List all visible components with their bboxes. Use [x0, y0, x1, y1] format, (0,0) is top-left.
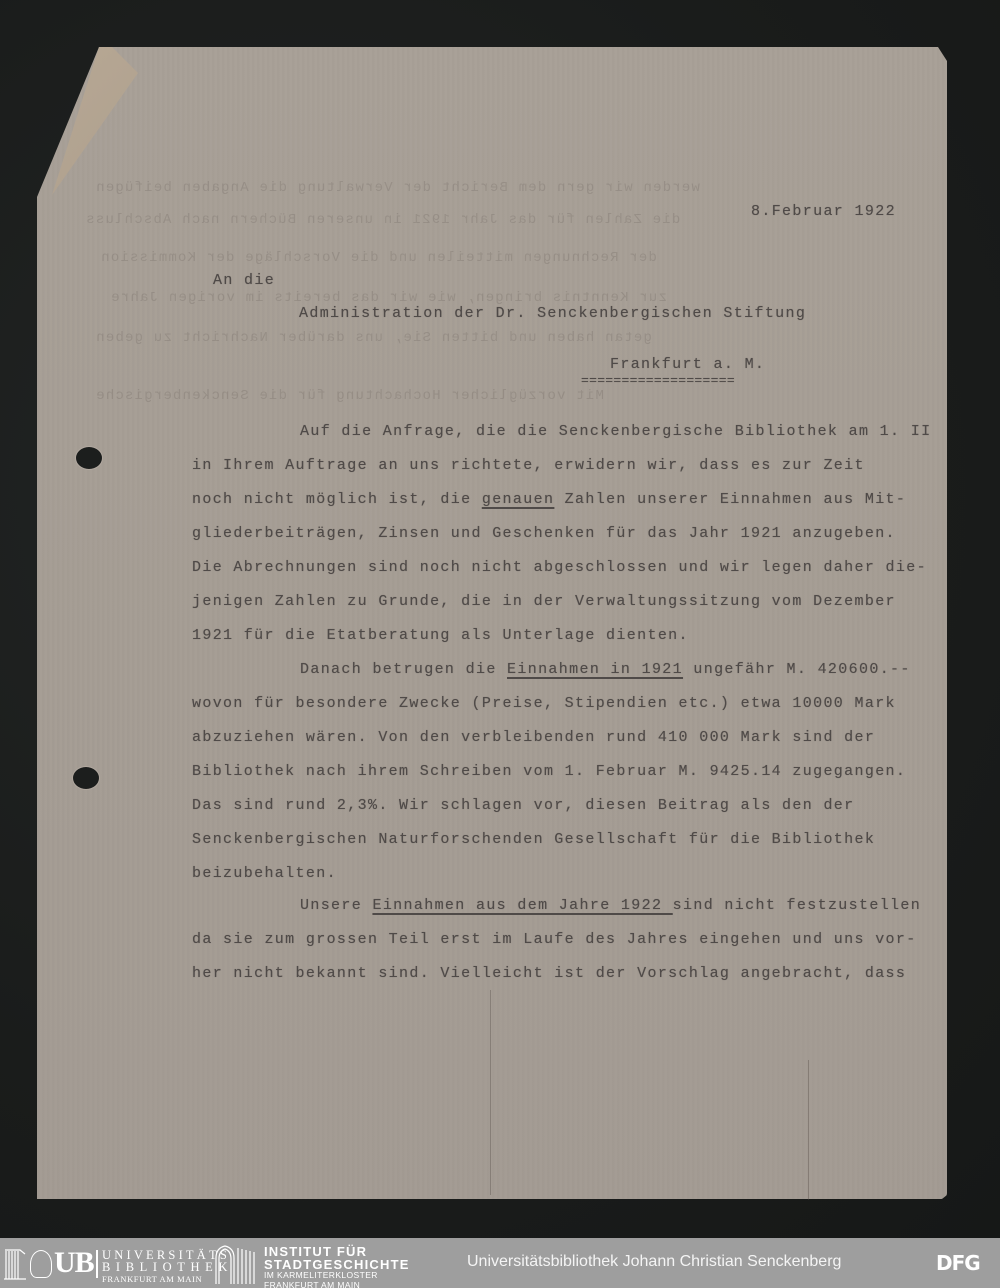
underlined-text: genauen — [482, 491, 554, 508]
body-line: Unsere Einnahmen aus dem Jahre 1922 sind… — [300, 897, 921, 914]
body-text: Unsere — [300, 897, 372, 914]
body-line: da sie zum grossen Teil erst im Laufe de… — [192, 931, 917, 948]
body-text: ungefähr M. 420600.-- — [683, 661, 911, 678]
body-line: abzuziehen wären. Von den verbleibenden … — [192, 729, 875, 746]
ub-divider — [96, 1250, 98, 1278]
body-line: in Ihrem Auftrage an uns richtete, erwid… — [192, 457, 865, 474]
underlined-text: Einnahmen aus dem Jahre 1922 — [372, 897, 672, 914]
footer-title[interactable]: Universitätsbibliothek Johann Christian … — [467, 1253, 841, 1271]
body-line: Senckenbergischen Naturforschenden Gesel… — [192, 831, 875, 848]
paper-crease — [808, 1060, 809, 1200]
body-text: noch nicht möglich ist, die — [192, 491, 482, 508]
punch-hole-bottom — [73, 767, 99, 789]
body-line: beizubehalten. — [192, 865, 337, 882]
body-line: Die Abrechnungen sind noch nicht abgesch… — [192, 559, 927, 576]
body-line: Auf die Anfrage, die die Senckenbergisch… — [300, 423, 931, 440]
gothic-arch-icon — [214, 1244, 258, 1284]
body-text: Danach betrugen die — [300, 661, 507, 678]
ub-letters: UB — [54, 1248, 94, 1278]
bleed-through-text: Mit vorzüglicher Hochachtung für die Sen… — [95, 388, 604, 404]
bleed-through-text: getan haben und bitten Sie, uns darüber … — [95, 330, 652, 346]
body-line: 1921 für die Etatberatung als Unterlage … — [192, 627, 689, 644]
recipient-underline: =================== — [581, 373, 735, 388]
recipient-name: Administration der Dr. Senckenbergischen… — [299, 305, 806, 322]
bleed-through-text: zur Kenntnis bringen, wie wir das bereit… — [110, 290, 667, 306]
recipient-city: Frankfurt a. M. — [610, 356, 765, 373]
bleed-through-text: werden wir gern dem Bericht der Verwaltu… — [95, 180, 700, 196]
letter-date: 8.Februar 1922 — [751, 203, 896, 220]
recipient-salutation: An die — [213, 272, 275, 289]
body-text: Zahlen unserer Einnahmen aus Mit- — [554, 491, 906, 508]
library-building-icon — [4, 1246, 26, 1280]
isg-line4: FRANKFURT AM MAIN — [264, 1281, 410, 1288]
body-line: wovon für besondere Zwecke (Preise, Stip… — [192, 695, 896, 712]
body-line: Das sind rund 2,3%. Wir schlagen vor, di… — [192, 797, 855, 814]
bleed-through-text: die Zahlen für das Jahr 1921 in unseren … — [85, 212, 680, 228]
footer-bar: UB UNIVERSITÄTS BIBLIOTHEK FRANKFURT AM … — [0, 1238, 1000, 1288]
senckenberg-portrait-icon — [30, 1250, 52, 1278]
body-line: Danach betrugen die Einnahmen in 1921 un… — [300, 661, 911, 678]
body-line: her nicht bekannt sind. Vielleicht ist d… — [192, 965, 906, 982]
body-line: noch nicht möglich ist, die genauen Zahl… — [192, 491, 906, 508]
body-line: gliederbeiträgen, Zinsen und Geschenken … — [192, 525, 896, 542]
dfg-logo[interactable]: DFG — [936, 1251, 980, 1275]
paper-crease — [490, 990, 491, 1195]
ub-logo-link[interactable]: UB UNIVERSITÄTS BIBLIOTHEK FRANKFURT AM … — [4, 1246, 200, 1282]
bleed-through-text: der Rechnungen mitteilen und die Vorschl… — [100, 250, 657, 266]
punch-hole-top — [76, 447, 102, 469]
isg-wordmark: INSTITUT FÜR STADTGESCHICHTE IM KARMELIT… — [264, 1245, 410, 1288]
isg-logo-link[interactable]: INSTITUT FÜR STADTGESCHICHTE IM KARMELIT… — [214, 1244, 414, 1284]
body-line: jenigen Zahlen zu Grunde, die in der Ver… — [192, 593, 896, 610]
body-line: Bibliothek nach ihrem Schreiben vom 1. F… — [192, 763, 906, 780]
underlined-text: Einnahmen in 1921 — [507, 661, 683, 678]
body-text: sind nicht festzustellen — [673, 897, 921, 914]
